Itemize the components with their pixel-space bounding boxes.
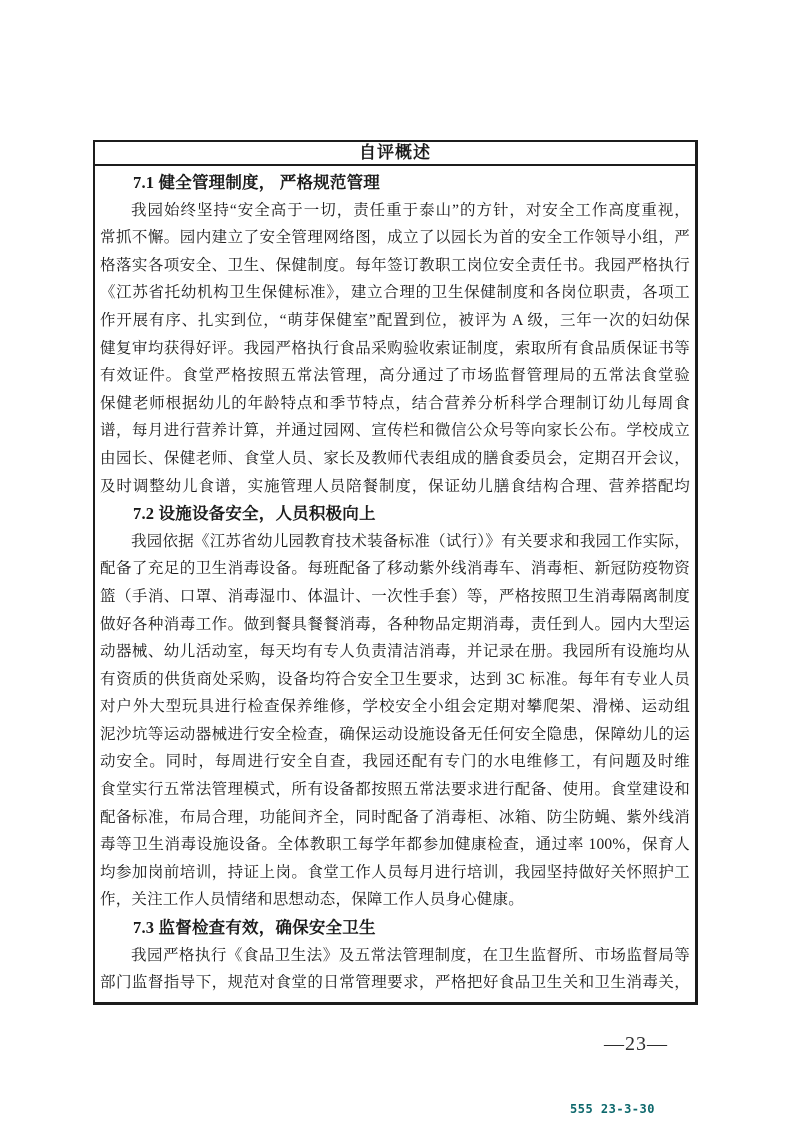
text-line: 均参加岗前培训，持证上岗。食堂工作人员每月进行培训，我园坚持做好关怀照护工 <box>100 859 690 887</box>
text-line: 7.1 健全管理制度， 严格规范管理 <box>100 169 690 197</box>
table-header: 自评概述 <box>95 142 695 166</box>
text-line: 作，关注工作人员情绪和思想动态，保障工作人员身心健康。 <box>100 886 690 914</box>
text-line: 7.2 设施设备安全，人员积极向上 <box>100 500 690 528</box>
text-line: 动安全。同时，每周进行安全自查，我园还配有专门的水电维修工，有问题及时维修。 <box>100 748 690 776</box>
text-line: 谱，每月进行营养计算，并通过园网、宣传栏和微信公众号等向家长公布。学校成立 <box>100 417 690 445</box>
text-line: 对户外大型玩具进行检查保养维修，学校安全小组会定期对攀爬架、滑梯、运动组合、 <box>100 693 690 721</box>
text-line: 我园依据《江苏省幼儿园教育技术装备标准（试行）》有关要求和我园工作实际， <box>100 528 690 556</box>
text-line: 泥沙坑等运动器械进行安全检查，确保运动设施设备无任何安全隐患，保障幼儿的运 <box>100 721 690 749</box>
text-line: 7.3 监督检查有效，确保安全卫生 <box>100 914 690 942</box>
text-line: 我园严格执行《食品卫生法》及五常法管理制度，在卫生监督所、市场监督局等 <box>100 942 690 970</box>
page-number: —23— <box>604 1033 668 1056</box>
text-line: 作开展有序、扎实到位，“萌芽保健室”配置到位，被评为 A 级，三年一次的妇幼保 <box>100 307 690 335</box>
text-line: 及时调整幼儿食谱，实施管理人员陪餐制度，保证幼儿膳食结构合理、营养搭配均衡。 <box>100 473 690 501</box>
text-line: 健复审均获得好评。我园严格执行食品采购验收索证制度，索取所有食品质保证书等 <box>100 335 690 363</box>
text-line: 篮（手消、口罩、消毒湿巾、体温计、一次性手套）等，严格按照卫生消毒隔离制度 <box>100 583 690 611</box>
text-line: 有效证件。食堂严格按照五常法管理，高分通过了市场监督管理局的五常法食堂验收。 <box>100 362 690 390</box>
text-line: 配备了充足的卫生消毒设备。每班配备了移动紫外线消毒车、消毒柜、新冠防疫物资 <box>100 555 690 583</box>
text-line: 配备标准，布局合理，功能间齐全，同时配备了消毒柜、冰箱、防尘防蝇、紫外线消 <box>100 804 690 832</box>
table-body: 7.1 健全管理制度， 严格规范管理我园始终坚持“安全高于一切，责任重于泰山”的… <box>95 166 695 1002</box>
text-line: 由园长、保健老师、食堂人员、家长及教师代表组成的膳食委员会，定期召开会议， <box>100 445 690 473</box>
date-stamp: 555 23-3-30 <box>570 1102 655 1116</box>
text-line: 食堂实行五常法管理模式，所有设备都按照五常法要求进行配备、使用。食堂建设和 <box>100 776 690 804</box>
text-line: 做好各种消毒工作。做到餐具餐餐消毒，各种物品定期消毒，责任到人。园内大型运 <box>100 611 690 639</box>
text-line: 部门监督指导下，规范对食堂的日常管理要求，严格把好食品卫生关和卫生消毒关， <box>100 969 690 997</box>
text-line: 保健老师根据幼儿的年龄特点和季节特点，结合营养分析科学合理制订幼儿每周食 <box>100 390 690 418</box>
text-line: 我园始终坚持“安全高于一切，责任重于泰山”的方针，对安全工作高度重视， <box>100 197 690 225</box>
text-line: 动器械、幼儿活动室，每天均有专人负责清洁消毒，并记录在册。我园所有设施均从 <box>100 638 690 666</box>
text-line: 《江苏省托幼机构卫生保健标准》，建立合理的卫生保健制度和各岗位职责，各项工 <box>100 279 690 307</box>
text-line: 常抓不懈。园内建立了安全管理网络图，成立了以园长为首的安全工作领导小组，严 <box>100 224 690 252</box>
text-line: 格落实各项安全、卫生、保健制度。每年签订教职工岗位安全责任书。我园严格执行 <box>100 252 690 280</box>
text-line: 有资质的供货商处采购，设备均符合安全卫生要求，达到 3C 标准。每年有专业人员 <box>100 666 690 694</box>
document-page: 自评概述 7.1 健全管理制度， 严格规范管理我园始终坚持“安全高于一切，责任重… <box>0 0 793 1122</box>
text-line: 毒等卫生消毒设施设备。全体教职工每学年都参加健康检查，通过率 100%，保育人员 <box>100 831 690 859</box>
self-evaluation-table: 自评概述 7.1 健全管理制度， 严格规范管理我园始终坚持“安全高于一切，责任重… <box>93 140 698 1005</box>
